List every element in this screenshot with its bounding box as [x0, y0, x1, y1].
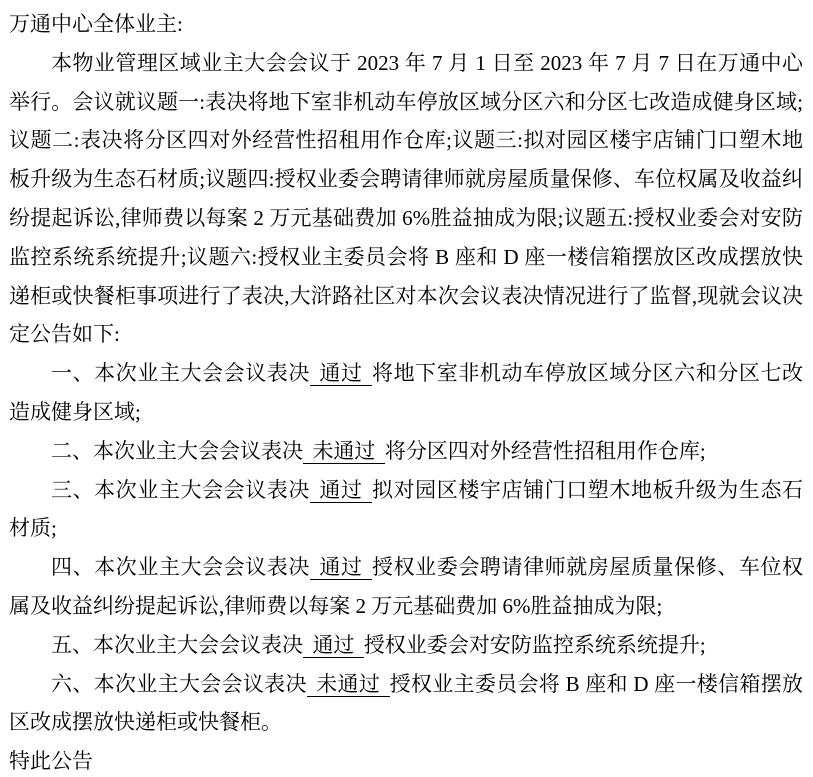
vote-item-prefix: 六、本次业主大会会议表决 [51, 672, 307, 696]
vote-item-prefix: 四、本次业主大会会议表决 [51, 555, 310, 579]
vote-item-prefix: 一、本次业主大会会议表决 [51, 361, 310, 385]
vote-result: 通过 [310, 361, 372, 386]
vote-item-1: 一、本次业主大会会议表决通过将地下室非机动车停放区域分区六和分区七改造成健身区域… [9, 354, 803, 432]
closing: 特此公告 [9, 742, 803, 777]
vote-result: 通过 [310, 555, 372, 580]
vote-item-prefix: 三、本次业主大会会议表决 [51, 478, 310, 502]
vote-result: 未通过 [303, 439, 385, 464]
vote-item-3: 三、本次业主大会会议表决通过拟对园区楼宇店铺门口塑木地板升级为生态石材质; [9, 471, 803, 549]
vote-item-6: 六、本次业主大会会议表决未通过授权业主委员会将 B 座和 D 座一楼信箱摆放区改… [9, 665, 803, 743]
vote-result: 未通过 [307, 672, 390, 697]
vote-item-5: 五、本次业主大会会议表决通过授权业委会对安防监控系统系统提升; [9, 626, 803, 665]
vote-item-prefix: 五、本次业主大会会议表决 [51, 633, 303, 657]
salutation: 万通中心全体业主: [9, 5, 803, 44]
vote-item-2: 二、本次业主大会会议表决未通过将分区四对外经营性招租用作仓库; [9, 432, 803, 471]
vote-item-content: 将分区四对外经营性招租用作仓库; [385, 439, 706, 463]
vote-result: 通过 [303, 633, 364, 658]
vote-item-prefix: 二、本次业主大会会议表决 [51, 439, 303, 463]
vote-result: 通过 [310, 478, 372, 503]
vote-item-content: 授权业委会对安防监控系统系统提升; [364, 633, 706, 657]
vote-item-4: 四、本次业主大会会议表决通过授权业委会聘请律师就房屋质量保修、车位权属及收益纠纷… [9, 548, 803, 626]
announcement-document: 万通中心全体业主: 本物业管理区域业主大会会议于 2023 年 7 月 1 日至… [0, 0, 813, 777]
intro-paragraph: 本物业管理区域业主大会会议于 2023 年 7 月 1 日至 2023 年 7 … [9, 44, 803, 354]
